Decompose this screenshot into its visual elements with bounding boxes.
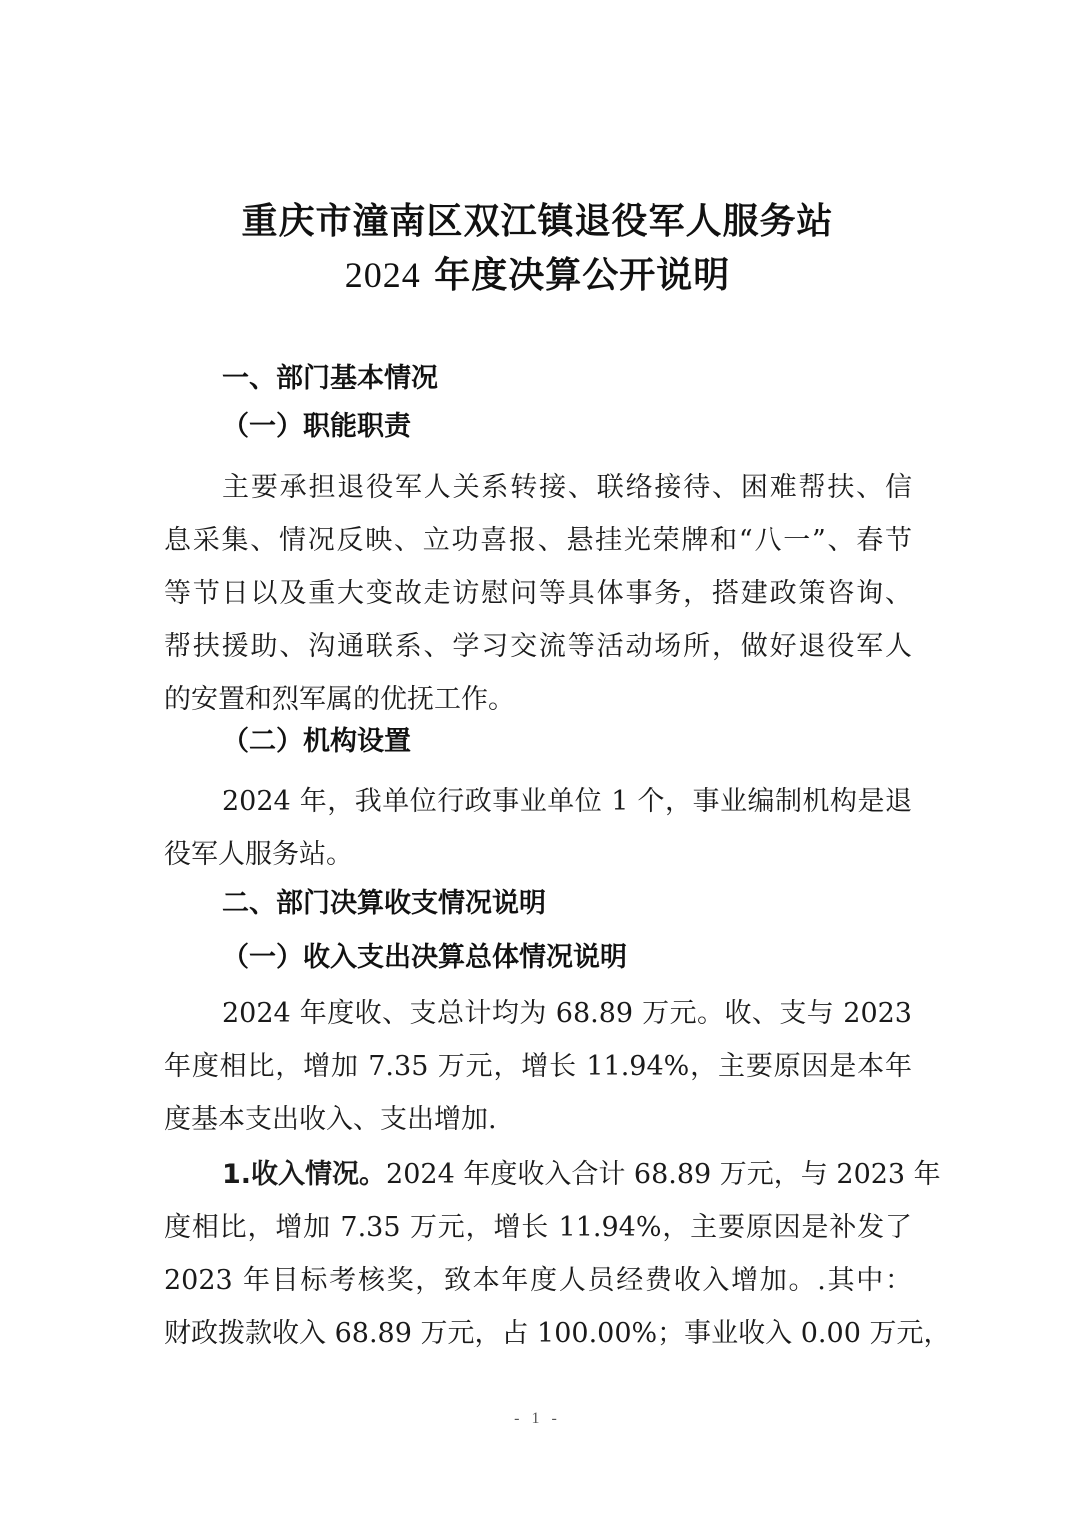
paragraph-line: 的安置和烈军属的优抚工作。 <box>164 684 912 716</box>
subsection-heading-organization: （二）机构设置 <box>222 726 411 758</box>
income-lead: 1.收入情况。 <box>222 1159 386 1190</box>
paragraph-line: 主要承担退役军人关系转接、联络接待、困难帮扶、信 <box>222 472 912 504</box>
income-text: 2024 年度收入合计 68.89 万元，与 2023 年 <box>386 1159 941 1190</box>
document-title-line1: 重庆市潼南区双江镇退役军人服务站 <box>0 193 1075 244</box>
income-paragraph-line: 1.收入情况。2024 年度收入合计 68.89 万元，与 2023 年 <box>222 1159 912 1191</box>
paragraph-line: 年度相比，增加 7.35 万元，增长 11.94%，主要原因是本年 <box>164 1051 912 1083</box>
paragraph-line: 2023 年目标考核奖，致本年度人员经费收入增加。.其中： <box>164 1265 912 1297</box>
paragraph-line: 帮扶援助、沟通联系、学习交流等活动场所，做好退役军人 <box>164 631 912 663</box>
section-heading-budget-summary: 二、部门决算收支情况说明 <box>222 888 546 920</box>
page-number: - 1 - <box>0 1410 1075 1428</box>
paragraph-line: 财政拨款收入 68.89 万元，占 100.00%；事业收入 0.00 万元， <box>164 1318 912 1350</box>
document-page: 重庆市潼南区双江镇退役军人服务站 2024 年度决算公开说明 一、部门基本情况 … <box>0 0 1075 1520</box>
paragraph-line: 度相比，增加 7.35 万元，增长 11.94%，主要原因是补发了 <box>164 1212 912 1244</box>
paragraph-line: 等节日以及重大变故走访慰问等具体事务，搭建政策咨询、 <box>164 578 912 610</box>
paragraph-line: 2024 年，我单位行政事业单位 1 个，事业编制机构是退 <box>222 786 912 818</box>
paragraph-line: 2024 年度收、支总计均为 68.89 万元。收、支与 2023 <box>222 998 912 1030</box>
title-year: 2024 <box>345 255 421 295</box>
paragraph-line: 息采集、情况反映、立功喜报、悬挂光荣牌和“八一”、春节 <box>164 525 912 557</box>
document-title-line2: 2024 年度决算公开说明 <box>0 247 1075 298</box>
section-heading-basic-info: 一、部门基本情况 <box>222 363 438 395</box>
title-suffix: 年度决算公开说明 <box>421 254 731 296</box>
subsection-heading-functions: （一）职能职责 <box>222 411 411 443</box>
paragraph-line: 役军人服务站。 <box>164 839 912 871</box>
paragraph-line: 度基本支出收入、支出增加. <box>164 1104 912 1136</box>
subsection-heading-overall: （一）收入支出决算总体情况说明 <box>222 942 627 974</box>
